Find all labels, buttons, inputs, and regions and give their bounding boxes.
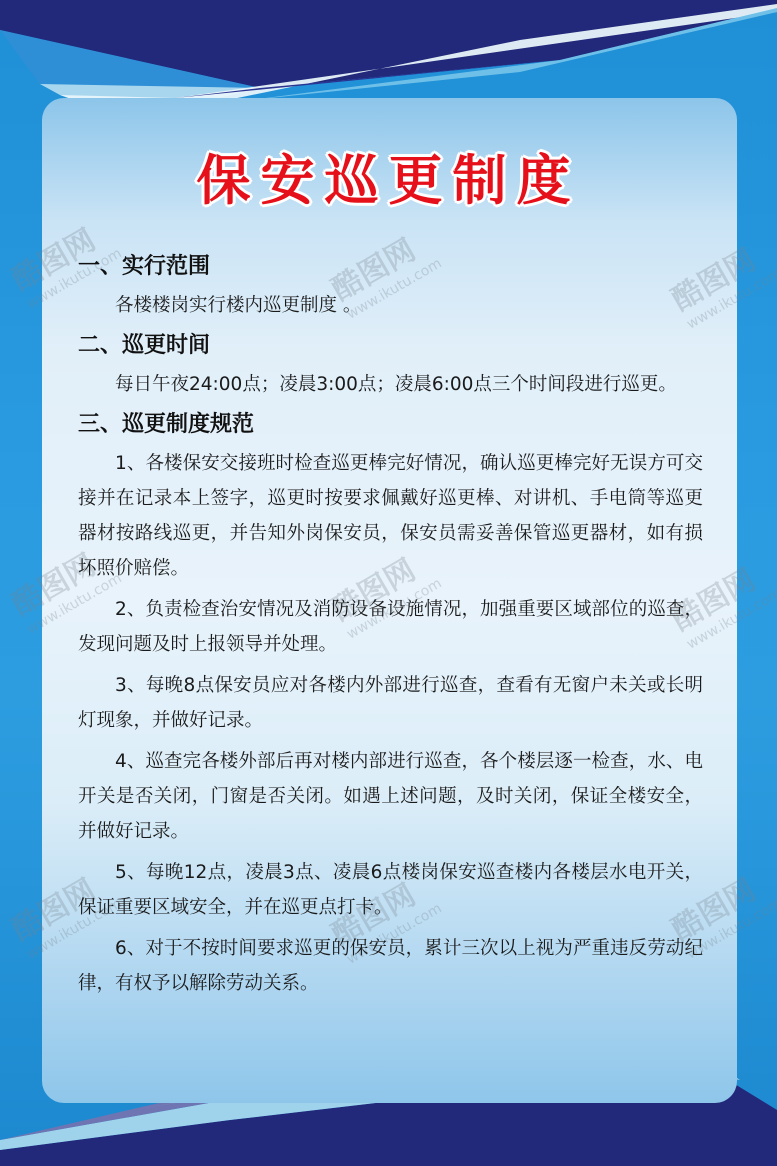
rule-item: 2、负责检查治安情况及消防设备设施情况，加强重要区域部位的巡查，发现问题及时上报… — [78, 592, 703, 662]
section-paragraph: 各楼楼岗实行楼内巡更制度 。 — [78, 288, 703, 323]
section-paragraph: 每日午夜24:00点；凌晨3:00点；凌晨6:00点三个时间段进行巡更。 — [78, 367, 703, 402]
rule-item: 4、巡查完各楼外部后再对楼内部进行巡查，各个楼层逐一检查，水、电开关是否关闭，门… — [78, 744, 703, 849]
rule-item: 6、对于不按时间要求巡更的保安员，累计三次以上视为严重违反劳动纪律，有权予以解除… — [78, 931, 703, 1001]
poster-title: 保安巡更制度 — [0, 138, 777, 215]
rule-item: 1、各楼保安交接班时检查巡更棒完好情况，确认巡更棒完好无误方可交接并在记录本上签… — [78, 446, 703, 586]
section-rules: 三、巡更制度规范 1、各楼保安交接班时检查巡更棒完好情况，确认巡更棒完好无误方可… — [78, 408, 703, 1001]
section-scope: 一、实行范围 各楼楼岗实行楼内巡更制度 。 — [78, 250, 703, 323]
section-heading: 二、巡更时间 — [78, 329, 703, 363]
section-time: 二、巡更时间 每日午夜24:00点；凌晨3:00点；凌晨6:00点三个时间段进行… — [78, 329, 703, 402]
rule-item: 5、每晚12点，凌晨3点、凌晨6点楼岗保安巡查楼内各楼层水电开关，保证重要区域安… — [78, 855, 703, 925]
poster-content: 一、实行范围 各楼楼岗实行楼内巡更制度 。 二、巡更时间 每日午夜24:00点；… — [78, 250, 703, 1007]
section-heading: 三、巡更制度规范 — [78, 408, 703, 442]
section-heading: 一、实行范围 — [78, 250, 703, 284]
rule-item: 3、每晚8点保安员应对各楼内外部进行巡查，查看有无窗户未关或长明灯现象，并做好记… — [78, 668, 703, 738]
